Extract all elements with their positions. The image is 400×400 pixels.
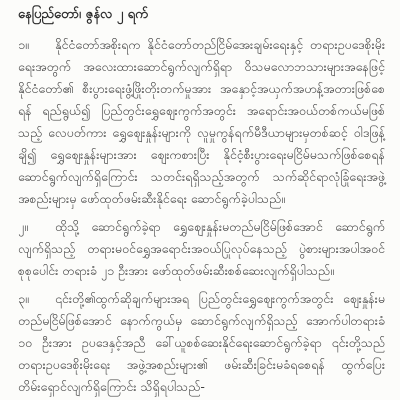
paragraph-1-number: ၁။: [18, 34, 38, 56]
paragraph-3-text: ၎င်းတို့၏ထွက်ဆိုချက်များအရ ပြည်တွင်းရွှေ…: [18, 291, 385, 394]
paragraph-1-text: နိုင်ငံတော်အစိုးရက နိုင်ငံတော်တည်ငြိမ်အေ…: [18, 37, 385, 206]
paragraph-1: ၁။နိုင်ငံတော်အစိုးရက နိုင်ငံတော်တည်ငြိမ်…: [18, 34, 385, 210]
document-page: နေပြည်တော်၊ ဇွန်လ ၂ ရက် ၁။နိုင်ငံတော်အစိ…: [0, 0, 400, 400]
paragraph-2: ၂။ထိုသို့ ဆောင်ရွက်ခဲ့ရာ ရွှေဈေးနှုန်းမတ…: [18, 216, 385, 282]
paragraph-2-number: ၂။: [18, 216, 38, 238]
paragraph-3: ၃။၎င်းတို့၏ထွက်ဆိုချက်များအရ ပြည်တွင်းရွ…: [18, 288, 385, 398]
paragraph-3-number: ၃။: [18, 288, 38, 310]
dateline: နေပြည်တော်၊ ဇွန်လ ၂ ရက်: [18, 5, 385, 25]
paragraph-2-text: ထိုသို့ ဆောင်ရွက်ခဲ့ရာ ရွှေဈေးနှုန်းမတည်…: [18, 219, 385, 278]
